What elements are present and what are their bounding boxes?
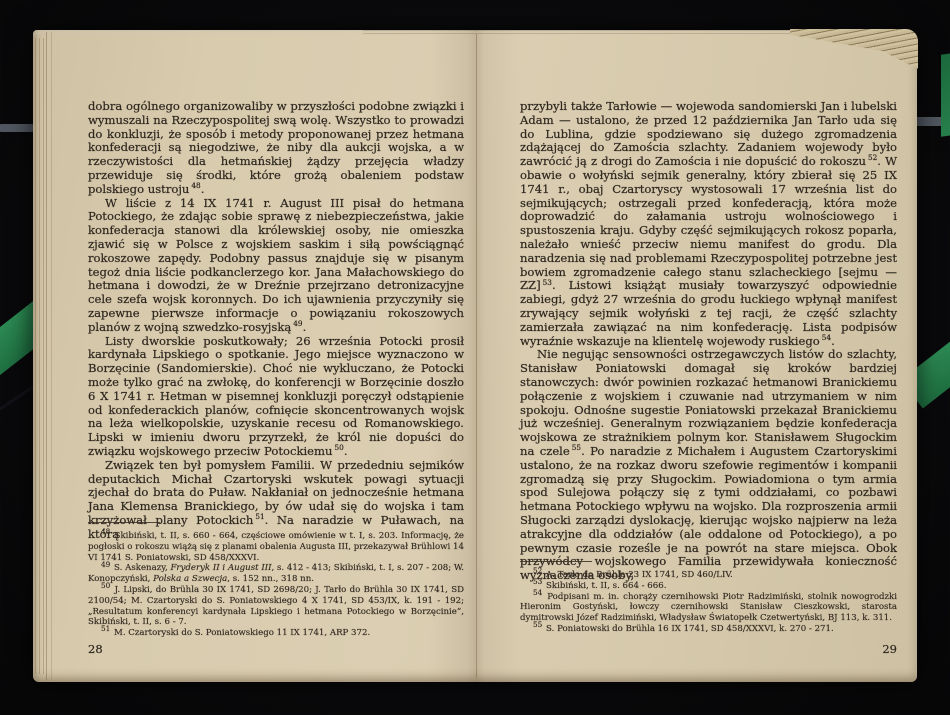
text-segment: M. Czartoryski do S. Poniatowskiego 11 I…	[111, 628, 370, 638]
footnote-separator-left	[88, 522, 160, 523]
photo-background: dobra ogólnego organizowaliby w przyszło…	[0, 0, 950, 715]
text-segment: Nie negując sensowności ostrzegawczych l…	[520, 347, 897, 458]
text-segment: .	[201, 182, 205, 196]
text-segment: J. Lipski, do Brühla 30 IX 1741, SD 2698…	[88, 585, 464, 627]
paragraph: 48 Skibiński, t. II, s. 660 - 664, częśc…	[88, 531, 464, 563]
text-segment: Skibiński, t. II, s. 664 - 666.	[543, 581, 666, 591]
page-28: dobra ogólnego organizowaliby w przyszło…	[33, 30, 475, 682]
footnote-reference: 50	[335, 443, 344, 452]
paragraph: 53 Skibiński, t. II, s. 664 - 666.	[520, 581, 897, 592]
text-segment: dobra ogólnego organizowaliby w przyszło…	[88, 99, 464, 196]
footnote-reference: 54	[533, 588, 542, 597]
text-segment: Skibiński, t. II, s. 660 - 664, częściow…	[88, 531, 464, 563]
text-segment: .	[303, 320, 307, 334]
text-segment: S. Askenazy,	[111, 563, 170, 573]
page-29-footnotes: 52 A. Tarło do Brühla 23 IX 1741, SD 460…	[520, 570, 897, 635]
footnote-reference: 54	[822, 333, 831, 342]
paragraph: 52 A. Tarło do Brühla 23 IX 1741, SD 460…	[520, 570, 897, 581]
gray-strap-left	[0, 124, 33, 132]
page-number-28: 28	[88, 642, 103, 656]
footnote-reference: 55	[572, 443, 581, 452]
footnote-separator-right	[520, 561, 592, 562]
text-segment: . W obawie o wołyński sejmik generalny, …	[520, 154, 897, 292]
footnote-reference: 48	[191, 181, 200, 190]
footnote-reference: 53	[543, 278, 552, 287]
paragraph: 54 Podpisani m. in. chorąży czernihowski…	[520, 592, 897, 624]
paragraph: W liście z 14 IX 1741 r. August III pisa…	[88, 197, 464, 335]
text-segment: Podpisani m. in. chorąży czernihowski Pi…	[520, 592, 897, 624]
footnote-reference: 52	[533, 566, 542, 575]
paragraph: 50 J. Lipski, do Brühla 30 IX 1741, SD 2…	[88, 585, 464, 628]
text-segment: Listy dworskie poskutkowały; 26 września…	[88, 334, 464, 458]
paragraph: przybyli także Tarłowie — wojewoda sando…	[520, 100, 897, 348]
page-29-body-text: przybyli także Tarłowie — wojewoda sando…	[520, 100, 897, 583]
text-segment: A. Tarło do Brühla 23 IX 1741, SD 460/LI…	[543, 570, 732, 580]
text-segment: .	[831, 334, 835, 348]
page-29: przybyli także Tarłowie — wojewoda sando…	[475, 30, 917, 682]
text-segment: .	[344, 444, 348, 458]
paragraph: 51 M. Czartoryski do S. Poniatowskiego 1…	[88, 628, 464, 639]
paragraph: dobra ogólnego organizowaliby w przyszło…	[88, 100, 464, 197]
text-segment: przybyli także Tarłowie — wojewoda sando…	[520, 99, 897, 168]
page-28-footnotes: 48 Skibiński, t. II, s. 660 - 664, częśc…	[88, 531, 464, 639]
footnote-reference: 49	[293, 319, 302, 328]
green-edge-sliver	[941, 53, 950, 136]
paragraph: 49 S. Askenazy, Fryderyk II i August III…	[88, 563, 464, 585]
text-segment: Polska a Szwecja	[153, 574, 227, 584]
book-spread: dobra ogólnego organizowaliby w przyszło…	[33, 30, 917, 682]
text-segment: . Listowi książąt musiały towarzyszyć od…	[520, 278, 897, 347]
text-segment: Fryderyk II i August III	[170, 563, 271, 573]
footnote-reference: 53	[533, 577, 542, 586]
paragraph: Nie negując sensowności ostrzegawczych l…	[520, 348, 897, 583]
text-segment: S. Poniatowski do Brühla 16 IX 1741, SD …	[543, 624, 833, 634]
footnote-reference: 55	[533, 620, 542, 629]
footnote-reference: 51	[101, 624, 110, 633]
footnote-reference: 52	[868, 153, 877, 162]
text-segment: , s. 152 nn., 318 nn.	[227, 574, 314, 584]
footnote-reference: 51	[255, 512, 264, 521]
paragraph: Związek ten był pomysłem Familii. W prze…	[88, 459, 464, 542]
footnote-reference: 48	[101, 527, 110, 536]
text-segment: W liście z 14 IX 1741 r. August III pisa…	[88, 196, 464, 334]
page-number-29: 29	[520, 642, 897, 656]
paragraph: Listy dworskie poskutkowały; 26 września…	[88, 335, 464, 459]
page-28-body-text: dobra ogólnego organizowaliby w przyszło…	[88, 100, 464, 542]
paragraph: 55 S. Poniatowski do Brühla 16 IX 1741, …	[520, 624, 897, 635]
footnote-reference: 50	[101, 581, 110, 590]
footnote-reference: 49	[101, 560, 110, 569]
